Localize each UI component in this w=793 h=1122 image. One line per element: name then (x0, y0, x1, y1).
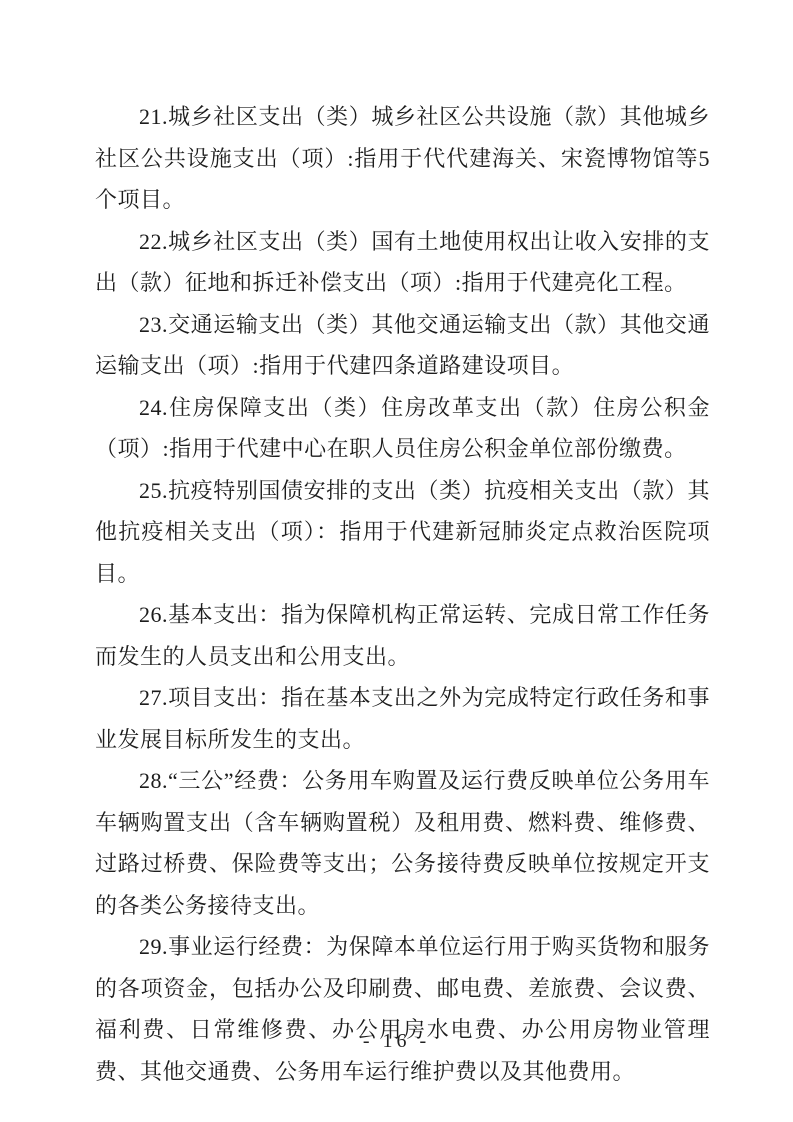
paragraph-22: 22.城乡社区支出（类）国有土地使用权出让收入安排的支出（款）征地和拆迁补偿支出… (95, 221, 710, 304)
paragraph-27: 27.项目支出：指在基本支出之外为完成特定行政任务和事业发展目标所发生的支出。 (95, 677, 710, 760)
document-body: 21.城乡社区支出（类）城乡社区公共设施（款）其他城乡社区公共设施支出（项）:指… (95, 96, 710, 1092)
paragraph-26: 26.基本支出：指为保障机构正常运转、完成日常工作任务而发生的人员支出和公用支出… (95, 594, 710, 677)
document-page: 21.城乡社区支出（类）城乡社区公共设施（款）其他城乡社区公共设施支出（项）:指… (0, 0, 793, 1122)
page-number: - 16 - (0, 1030, 793, 1053)
paragraph-25: 25.抗疫特别国债安排的支出（类）抗疫相关支出（款）其他抗疫相关支出（项）：指用… (95, 470, 710, 595)
paragraph-24: 24.住房保障支出（类）住房改革支出（款）住房公积金（项）:指用于代建中心在职人… (95, 387, 710, 470)
paragraph-28: 28.“三公”经费：公务用车购置及运行费反映单位公务用车车辆购置支出（含车辆购置… (95, 760, 710, 926)
paragraph-29: 29.事业运行经费：为保障本单位运行用于购买货物和服务的各项资金，包括办公及印刷… (95, 926, 710, 1092)
paragraph-21: 21.城乡社区支出（类）城乡社区公共设施（款）其他城乡社区公共设施支出（项）:指… (95, 96, 710, 221)
paragraph-23: 23.交通运输支出（类）其他交通运输支出（款）其他交通运输支出（项）:指用于代建… (95, 304, 710, 387)
